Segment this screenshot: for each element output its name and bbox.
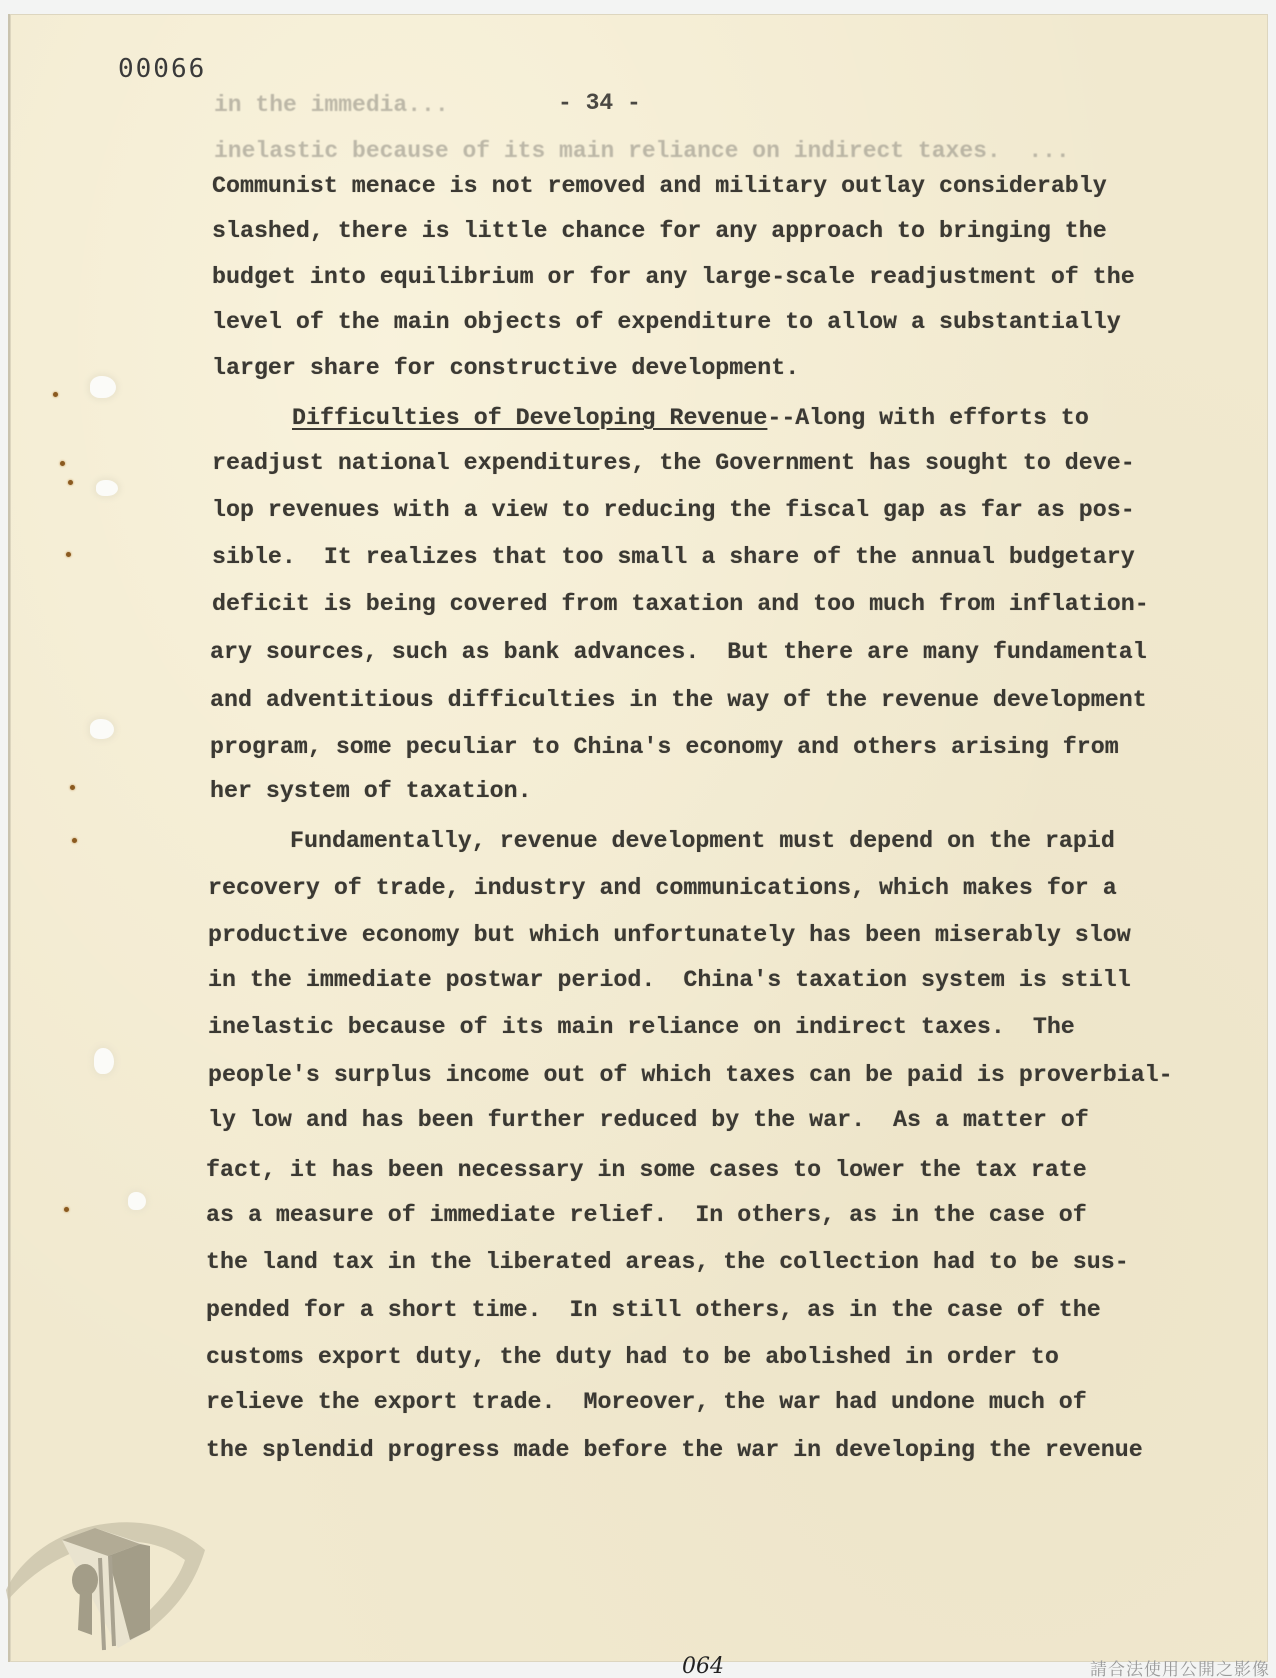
rust-mark <box>64 1207 69 1212</box>
text-line: pended for a short time. In still others… <box>206 1296 1101 1324</box>
text-line: as a measure of immediate relief. In oth… <box>206 1201 1087 1229</box>
punch-hole <box>128 1192 146 1210</box>
archive-number: 00066 <box>118 54 206 84</box>
bleed-through-text: inelastic because of its main reliance o… <box>214 138 1070 164</box>
text-line: lop revenues with a view to reducing the… <box>212 496 1135 524</box>
text-line: fact, it has been necessary in some case… <box>206 1156 1087 1184</box>
text-line: the land tax in the liberated areas, the… <box>206 1248 1129 1276</box>
text-line: slashed, there is little chance for any … <box>212 217 1107 245</box>
text-line: relieve the export trade. Moreover, the … <box>206 1388 1087 1416</box>
document-page: 00066 in the immedia... inelastic becaus… <box>8 14 1268 1662</box>
text-line: budget into equilibrium or for any large… <box>212 263 1135 291</box>
rust-mark <box>68 480 73 485</box>
punch-hole <box>90 719 114 739</box>
section-heading: Difficulties of Developing Revenue <box>292 405 767 431</box>
text-line: program, some peculiar to China's econom… <box>210 733 1119 761</box>
archive-logo-icon <box>0 1480 260 1670</box>
page-number: - 34 - <box>558 90 641 116</box>
text-line: deficit is being covered from taxation a… <box>212 590 1149 618</box>
text-line: people's surplus income out of which tax… <box>208 1061 1173 1089</box>
text-line: ly low and has been further reduced by t… <box>208 1106 1089 1134</box>
text-line: Fundamentally, revenue development must … <box>290 827 1115 855</box>
text-line: larger share for constructive developmen… <box>212 354 799 382</box>
text-line: her system of taxation. <box>210 777 532 805</box>
punch-hole <box>90 376 116 398</box>
rust-mark <box>60 461 65 466</box>
text-line: readjust national expenditures, the Gove… <box>212 449 1135 477</box>
text-line: sible. It realizes that too small a shar… <box>212 543 1135 571</box>
text-line: level of the main objects of expenditure… <box>212 308 1121 336</box>
text-line: in the immediate postwar period. China's… <box>208 966 1131 994</box>
handwritten-note: 064 <box>682 1654 724 1678</box>
rust-mark <box>53 392 58 397</box>
rust-mark <box>66 552 71 557</box>
bleed-through-text: in the immedia... <box>214 92 449 118</box>
text-line: inelastic because of its main reliance o… <box>208 1013 1075 1041</box>
text-line: customs export duty, the duty had to be … <box>206 1343 1059 1371</box>
punch-hole <box>94 1048 114 1074</box>
rust-mark <box>72 838 77 843</box>
text-line: recovery of trade, industry and communic… <box>208 874 1117 902</box>
text-line: and adventitious difficulties in the way… <box>210 686 1147 714</box>
text-line: the splendid progress made before the wa… <box>206 1436 1143 1464</box>
punch-hole <box>96 480 118 496</box>
text-line: Communist menace is not removed and mili… <box>212 172 1107 200</box>
text-line: productive economy but which unfortunate… <box>208 921 1131 949</box>
usage-watermark: 請合法使用公開之影像 <box>1090 1655 1270 1678</box>
heading-continuation: --Along with efforts to <box>767 405 1089 431</box>
rust-mark <box>70 785 75 790</box>
text-line: ary sources, such as bank advances. But … <box>210 638 1147 666</box>
text-line: Difficulties of Developing Revenue--Alon… <box>292 404 1089 432</box>
